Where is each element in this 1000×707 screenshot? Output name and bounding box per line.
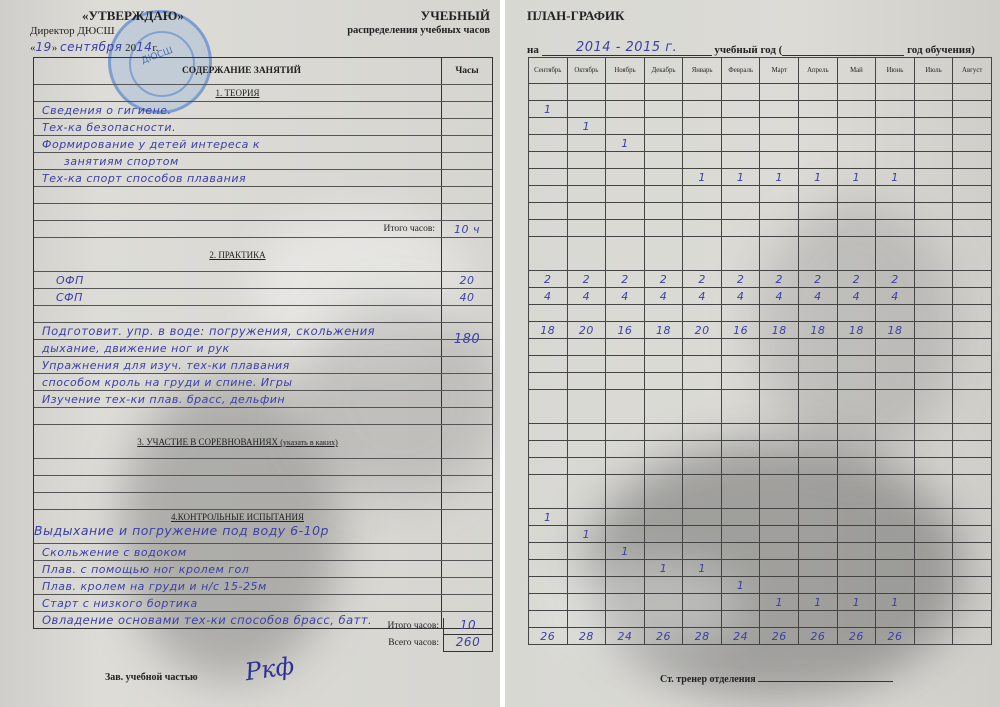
schedule-cell (799, 203, 838, 220)
schedule-cell (529, 390, 568, 424)
schedule-cell (606, 526, 645, 543)
schedule-cell (721, 509, 760, 526)
schedule-cell: 1 (799, 169, 838, 186)
schedule-cell (721, 186, 760, 203)
schedule-cell (876, 237, 915, 271)
schedule-cell (914, 305, 953, 322)
schedule-cell (644, 169, 683, 186)
schedule-cell (760, 475, 799, 509)
schedule-cell (953, 220, 992, 237)
table-row: Старт с низкого бортика (34, 594, 492, 611)
schedule-cell: 18 (529, 322, 568, 339)
schedule-cell (606, 475, 645, 509)
schedule-row: 1 (529, 118, 992, 135)
schedule-cell (606, 305, 645, 322)
schedule-cell (567, 373, 606, 390)
schedule-cell (683, 118, 722, 135)
study-year-blank (782, 44, 904, 56)
schedule-cell (606, 101, 645, 118)
schedule-cell: 1 (644, 560, 683, 577)
table-row: Подготовит. упр. в воде: погружения, ско… (34, 322, 492, 339)
schedule-cell: 2 (721, 271, 760, 288)
schedule-cell: 4 (876, 288, 915, 305)
month-jun: Июнь (876, 58, 915, 84)
document-subtitle: распределения учебных часов (347, 25, 490, 36)
schedule-cell (606, 237, 645, 271)
schedule-cell (529, 169, 568, 186)
table-row (34, 407, 492, 424)
schedule-cell (529, 339, 568, 356)
table-row (34, 492, 492, 509)
schedule-cell (529, 424, 568, 441)
schedule-cell (876, 543, 915, 560)
schedule-cell (914, 441, 953, 458)
schedule-cell: 26 (529, 628, 568, 645)
schedule-cell (837, 441, 876, 458)
schedule-cell (644, 84, 683, 101)
schedule-cell (953, 424, 992, 441)
schedule-cell (529, 152, 568, 169)
schedule-cell (799, 237, 838, 271)
schedule-cell (914, 628, 953, 645)
schedule-row (529, 373, 992, 390)
schedule-cell (876, 84, 915, 101)
schedule-cell: 1 (683, 169, 722, 186)
schedule-cell (876, 305, 915, 322)
schedule-cell (644, 186, 683, 203)
schedule-cell (914, 101, 953, 118)
schedule-cell: 24 (721, 628, 760, 645)
schedule-cell (876, 203, 915, 220)
schedule-cell (953, 135, 992, 152)
schedule-cell (760, 339, 799, 356)
schedule-cell (914, 135, 953, 152)
schedule-cell: 28 (683, 628, 722, 645)
schedule-cell (721, 611, 760, 628)
schedule-cell: 1 (799, 594, 838, 611)
schedule-cell (953, 458, 992, 475)
schedule-cell (644, 390, 683, 424)
schedule-cell (953, 577, 992, 594)
schedule-cell (606, 84, 645, 101)
schedule-cell (876, 441, 915, 458)
schedule-cell (721, 203, 760, 220)
schedule-cell (953, 169, 992, 186)
schedule-cell (606, 577, 645, 594)
month-dec: Декабрь (644, 58, 683, 84)
schedule-cell (914, 220, 953, 237)
schedule-cell (567, 339, 606, 356)
schedule-cell (799, 475, 838, 509)
schedule-cell: 4 (683, 288, 722, 305)
schedule-cell (567, 84, 606, 101)
schedule-cell: 2 (567, 271, 606, 288)
schedule-cell: 2 (837, 271, 876, 288)
schedule-cell (837, 220, 876, 237)
schedule-cell (683, 577, 722, 594)
schedule-cell (644, 356, 683, 373)
schedule-cell (837, 237, 876, 271)
schedule-cell (529, 118, 568, 135)
table-row (34, 305, 492, 322)
schedule-cell (799, 560, 838, 577)
approve-heading: «УТВЕРЖДАЮ» (82, 8, 184, 24)
schedule-cell: 26 (837, 628, 876, 645)
schedule-cell (683, 101, 722, 118)
schedule-cell (683, 135, 722, 152)
schedule-row (529, 356, 992, 373)
schedule-cell (876, 424, 915, 441)
schedule-cell (837, 577, 876, 594)
schedule-cell (953, 373, 992, 390)
schedule-cell (876, 611, 915, 628)
table-row: Сведения о гигиене. (34, 101, 492, 118)
section-row: 1. ТЕОРИЯ (34, 84, 492, 101)
table-row: Формирование у детей интереса к (34, 135, 492, 152)
schedule-cell (876, 220, 915, 237)
section-row: 3. УЧАСТИЕ В СОРЕВНОВАНИЯХ (указать в ка… (34, 424, 492, 458)
schedule-cell: 4 (837, 288, 876, 305)
schedule-cell (683, 611, 722, 628)
schedule-cell (953, 611, 992, 628)
schedule-cell: 1 (683, 560, 722, 577)
schedule-cell (606, 186, 645, 203)
schedule-cell (606, 390, 645, 424)
schedule-cell (799, 526, 838, 543)
schedule-cell (529, 373, 568, 390)
table-row: Тех-ка спорт способов плавания (34, 169, 492, 186)
schedule-cell: 2 (644, 271, 683, 288)
schedule-cell (914, 271, 953, 288)
schedule-cell (721, 305, 760, 322)
schedule-cell (529, 135, 568, 152)
schedule-cell (721, 458, 760, 475)
month-mar: Март (760, 58, 799, 84)
document-title: УЧЕБНЫЙ (421, 8, 490, 24)
schedule-cell (760, 203, 799, 220)
schedule-cell: 4 (606, 288, 645, 305)
schedule-cell (683, 186, 722, 203)
schedule-cell (644, 305, 683, 322)
schedule-cell (837, 305, 876, 322)
schedule-cell (914, 475, 953, 509)
schedule-cell (914, 543, 953, 560)
schedule-cell (837, 560, 876, 577)
schedule-cell (876, 526, 915, 543)
schedule-cell: 2 (683, 271, 722, 288)
schedule-cell: 2 (876, 271, 915, 288)
schedule-cell (721, 560, 760, 577)
schedule-cell (799, 84, 838, 101)
schedule-row (529, 611, 992, 628)
table-row (34, 186, 492, 203)
table-row: дыхание, движение ног и рук (34, 339, 492, 356)
schedule-row (529, 475, 992, 509)
schedule-cell (876, 458, 915, 475)
schedule-cell (760, 356, 799, 373)
schedule-cell (567, 594, 606, 611)
schedule-cell (799, 373, 838, 390)
theory-total-row: Итого часов: 10 ч (34, 220, 492, 237)
schedule-cell (799, 441, 838, 458)
schedule-cell (760, 424, 799, 441)
schedule-cell (837, 339, 876, 356)
schedule-cell (876, 475, 915, 509)
schedule-cell: 18 (837, 322, 876, 339)
schedule-cell: 1 (529, 509, 568, 526)
schedule-cell (914, 611, 953, 628)
month-nov: Ноябрь (606, 58, 645, 84)
schedule-cell: 4 (529, 288, 568, 305)
schedule-cell (760, 441, 799, 458)
section-practice: 2. ПРАКТИКА (34, 238, 442, 271)
schedule-cell (799, 101, 838, 118)
schedule-cell (837, 424, 876, 441)
approval-date: «19» сентября 2014г. (30, 40, 158, 54)
date-day: 19 (36, 40, 52, 54)
schedule-cell: 1 (567, 526, 606, 543)
schedule-cell: 18 (760, 322, 799, 339)
section-row: 4.КОНТРОЛЬНЫЕ ИСПЫТАНИЯ Выдыхание и погр… (34, 509, 492, 543)
hours-distribution-table: СОДЕРЖАНИЕ ЗАНЯТИЙ Часы 1. ТЕОРИЯ Сведен… (33, 57, 493, 629)
schedule-cell (953, 441, 992, 458)
schedule-cell: 18 (799, 322, 838, 339)
right-page: ПЛАН-ГРАФИК на 2014 - 2015 г. учебный го… (505, 0, 1000, 707)
schedule-cell (953, 356, 992, 373)
schedule-row (529, 424, 992, 441)
schedule-cell (567, 169, 606, 186)
schedule-cell (914, 458, 953, 475)
schedule-cell (683, 356, 722, 373)
schedule-cell (760, 220, 799, 237)
schedule-row: 1 (529, 543, 992, 560)
schedule-cell (644, 594, 683, 611)
schedule-cell: 20 (567, 322, 606, 339)
schedule-row (529, 220, 992, 237)
schedule-cell (760, 577, 799, 594)
schedule-cell (799, 458, 838, 475)
schedule-cell (953, 390, 992, 424)
month-sep: Сентябрь (529, 58, 568, 84)
schedule-cell (914, 339, 953, 356)
month-feb: Февраль (721, 58, 760, 84)
schedule-cell (914, 169, 953, 186)
schedule-row: 2222222222 (529, 271, 992, 288)
schedule-cell (606, 356, 645, 373)
schedule-cell (914, 356, 953, 373)
schedule-cell (683, 152, 722, 169)
schedule-cell (721, 84, 760, 101)
schedule-cell (799, 543, 838, 560)
schedule-cell (606, 611, 645, 628)
schedule-cell (683, 237, 722, 271)
schedule-cell (644, 526, 683, 543)
schedule-cell (799, 135, 838, 152)
schedule-cell (837, 118, 876, 135)
schedule-cell (721, 118, 760, 135)
senior-coach-line: Ст. тренер отделения (660, 672, 893, 685)
schedule-cell (799, 118, 838, 135)
schedule-cell (683, 84, 722, 101)
schedule-cell (644, 152, 683, 169)
schedule-cell (606, 424, 645, 441)
schedule-cell (644, 220, 683, 237)
schedule-cell (799, 611, 838, 628)
schedule-cell (760, 373, 799, 390)
signature: Ркф (243, 652, 296, 687)
schedule-cell (876, 356, 915, 373)
table-header: СОДЕРЖАНИЕ ЗАНЯТИЙ Часы (34, 58, 492, 84)
schedule-cell (606, 458, 645, 475)
schedule-cell (799, 356, 838, 373)
schedule-cell (529, 543, 568, 560)
table-row: Скольжение с водоком (34, 543, 492, 560)
schedule-cell (567, 135, 606, 152)
schedule-cell (953, 203, 992, 220)
schedule-cell (683, 458, 722, 475)
schedule-cell (760, 118, 799, 135)
schedule-cell (760, 560, 799, 577)
schedule-cell (876, 339, 915, 356)
schedule-cell (567, 203, 606, 220)
head-of-studies-label: Зав. учебной частью (105, 672, 198, 683)
schedule-cell (914, 526, 953, 543)
schedule-cell (760, 543, 799, 560)
schedule-row (529, 441, 992, 458)
schedule-cell (914, 237, 953, 271)
schedule-cell (953, 237, 992, 271)
schedule-cell (721, 152, 760, 169)
month-apr: Апрель (799, 58, 838, 84)
schedule-cell: 1 (721, 169, 760, 186)
table-row: Плав. с помощью ног кролем гол (34, 560, 492, 577)
schedule-cell (606, 560, 645, 577)
date-year: 14 (136, 40, 152, 54)
schedule-cell (567, 509, 606, 526)
schedule-cell: 1 (567, 118, 606, 135)
schedule-cell (837, 203, 876, 220)
schedule-row (529, 237, 992, 271)
schedule-cell (644, 203, 683, 220)
schedule-row: 111111 (529, 169, 992, 186)
schedule-cell (529, 186, 568, 203)
schedule-cell (953, 186, 992, 203)
schedule-cell (837, 101, 876, 118)
schedule-cell (721, 101, 760, 118)
tests-total-value: 10 (443, 618, 493, 635)
schedule-cell (953, 288, 992, 305)
schedule-cell (953, 526, 992, 543)
schedule-cell (683, 543, 722, 560)
schedule-cell: 20 (683, 322, 722, 339)
section-row: 2. ПРАКТИКА (34, 237, 492, 271)
schedule-cell (837, 84, 876, 101)
schedule-cell (567, 152, 606, 169)
schedule-cell (529, 526, 568, 543)
schedule-cell: 4 (760, 288, 799, 305)
schedule-cell (683, 594, 722, 611)
schedule-cell (644, 458, 683, 475)
schedule-cell (683, 390, 722, 424)
months-header: Сентябрь Октябрь Ноябрь Декабрь Январь Ф… (529, 58, 992, 84)
schedule-cell (799, 390, 838, 424)
schedule-cell (529, 577, 568, 594)
schedule-cell (876, 509, 915, 526)
schedule-cell (529, 305, 568, 322)
schedule-row: 1 (529, 577, 992, 594)
month-aug: Август (953, 58, 992, 84)
schedule-cell (683, 203, 722, 220)
schedule-cell (837, 458, 876, 475)
schedule-cell (644, 611, 683, 628)
schedule-cell (837, 543, 876, 560)
section-competitions: 3. УЧАСТИЕ В СОРЕВНОВАНИЯХ (указать в ка… (34, 425, 442, 458)
schedule-cell: 26 (799, 628, 838, 645)
schedule-cell (567, 611, 606, 628)
schedule-cell (529, 220, 568, 237)
totals-row: 26282426282426262626 (529, 628, 992, 645)
schedule-cell (683, 441, 722, 458)
schedule-cell (529, 84, 568, 101)
schedule-cell (760, 84, 799, 101)
schedule-cell: 28 (567, 628, 606, 645)
schedule-cell (721, 594, 760, 611)
section-theory: 1. ТЕОРИЯ (34, 85, 442, 101)
schedule-cell (914, 509, 953, 526)
schedule-cell: 16 (721, 322, 760, 339)
left-page: ДЮСШ «УТВЕРЖДАЮ» Директор ДЮСШ «19» сент… (0, 0, 500, 707)
schedule-cell (953, 271, 992, 288)
schedule-cell: 1 (606, 135, 645, 152)
col-content-header: СОДЕРЖАНИЕ ЗАНЯТИЙ (34, 58, 442, 84)
schedule-cell: 26 (876, 628, 915, 645)
tests-total-row: Итого часов: 10 (33, 618, 493, 635)
schedule-cell (606, 169, 645, 186)
schedule-cell (876, 135, 915, 152)
schedule-cell (644, 118, 683, 135)
schedule-row (529, 152, 992, 169)
schedule-cell (529, 237, 568, 271)
schedule-cell (837, 356, 876, 373)
schedule-cell (799, 424, 838, 441)
schedule-cell (721, 526, 760, 543)
schedule-row: 1 (529, 101, 992, 118)
schedule-cell (799, 305, 838, 322)
schedule-cell (876, 577, 915, 594)
table-row (34, 203, 492, 220)
schedule-cell (837, 373, 876, 390)
schedule-row: 1 (529, 135, 992, 152)
schedule-cell (760, 152, 799, 169)
schedule-cell (683, 339, 722, 356)
schedule-cell (837, 526, 876, 543)
schedule-cell (644, 441, 683, 458)
schedule-cell (799, 220, 838, 237)
schedule-cell (721, 441, 760, 458)
schedule-cell (529, 458, 568, 475)
schedule-cell (760, 135, 799, 152)
schedule-cell (914, 118, 953, 135)
schedule-cell: 1 (876, 169, 915, 186)
schedule-cell (760, 101, 799, 118)
schedule-cell (529, 203, 568, 220)
schedule-cell: 16 (606, 322, 645, 339)
schedule-row: 4444444444 (529, 288, 992, 305)
schedule-cell: 2 (760, 271, 799, 288)
schedule-cell (914, 560, 953, 577)
schedule-cell (760, 509, 799, 526)
schedule-cell (914, 84, 953, 101)
